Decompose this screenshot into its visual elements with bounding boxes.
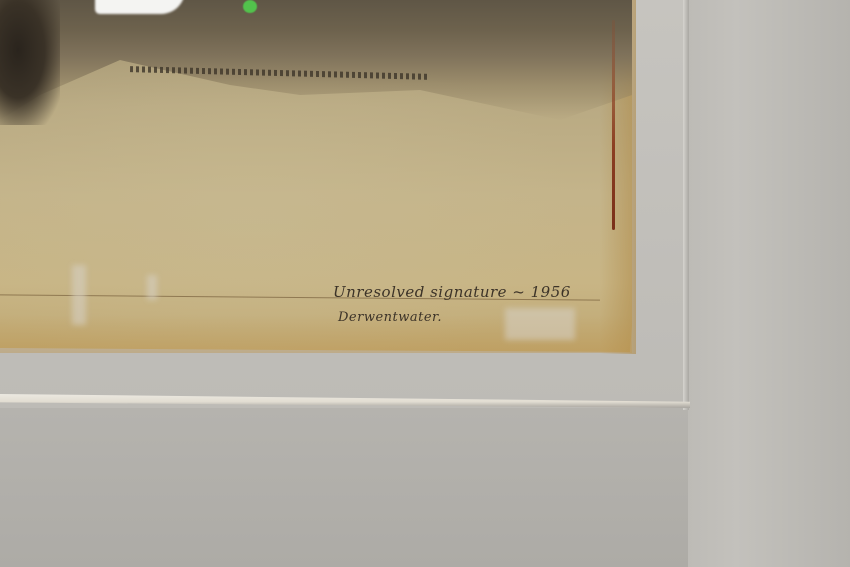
- pale-spot: [72, 265, 86, 325]
- green-paint-dot: [243, 0, 257, 13]
- red-pencil-line: [612, 20, 615, 230]
- artist-signature: Unresolved signature ~ 1956: [333, 283, 571, 301]
- photo-scene: Unresolved signature ~ 1956 Derwentwater…: [0, 0, 850, 567]
- dark-foliage-left: [0, 0, 60, 125]
- pale-spot: [147, 275, 157, 300]
- frame-right-strip: [688, 0, 850, 567]
- artwork-title-inscription: Derwentwater.: [338, 310, 442, 325]
- pale-spot: [505, 308, 575, 340]
- mount-bevel-right: [683, 0, 689, 410]
